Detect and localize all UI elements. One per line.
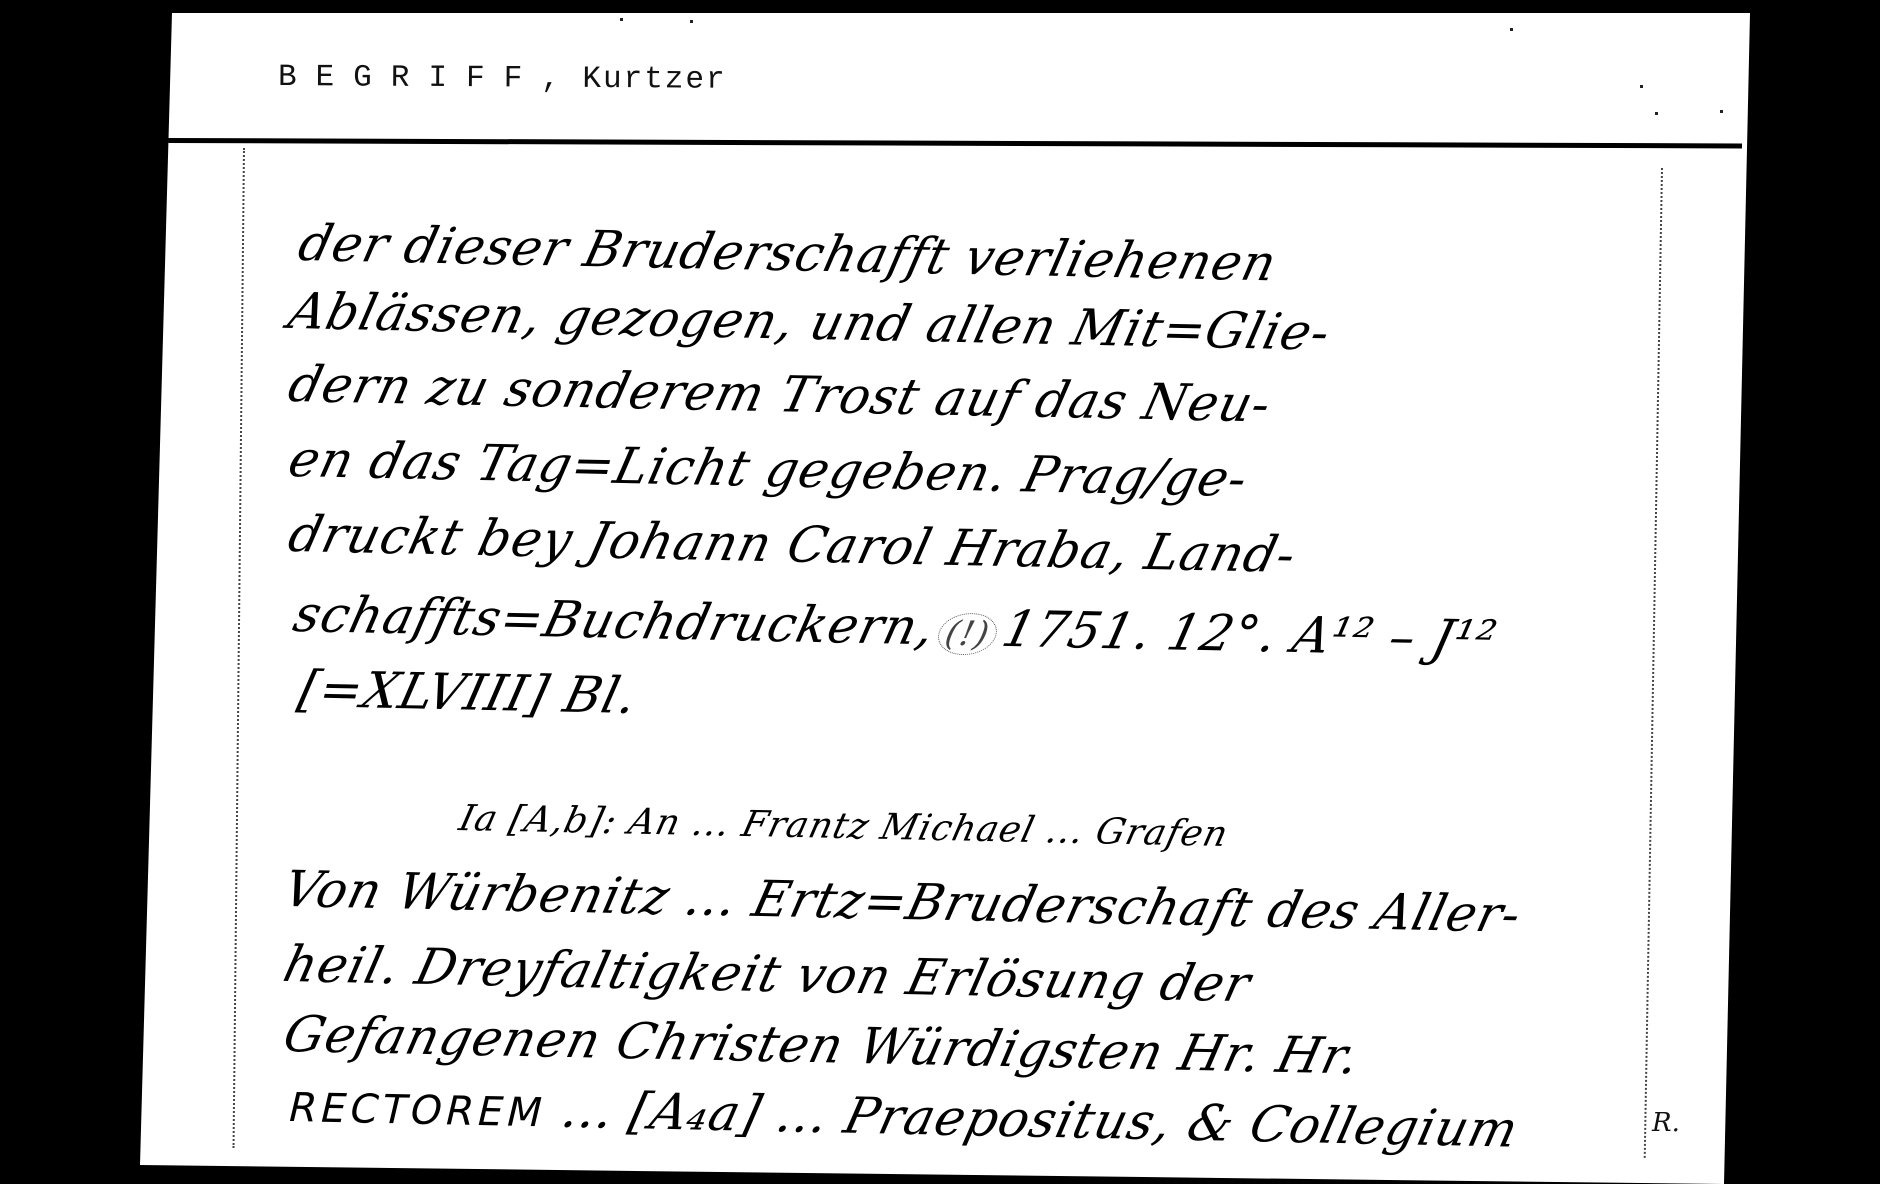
editor-exclamation-mark: (!) bbox=[934, 613, 1001, 656]
heading-keyword: BEGRIFF bbox=[278, 60, 541, 97]
handwriting-line: Gefangenen Christen Würdigsten Hr. Hr. bbox=[278, 1005, 1365, 1085]
handwriting-line: der dieser Bruderschafft verliehenen bbox=[293, 214, 1282, 292]
handwriting-caps: RECTOREM bbox=[284, 1085, 551, 1136]
handwriting-line: [=XLVIII] Bl. bbox=[293, 660, 643, 725]
handwriting-line: Ia [A,b]: An ... Frantz Michael ... Graf… bbox=[455, 798, 1232, 855]
handwriting-text: 1751. 12°. A¹² – J¹² bbox=[997, 600, 1503, 668]
handwriting-line: heil. Dreyfaltigkeit von Erlösung der bbox=[278, 935, 1256, 1013]
handwriting-line: Ablässen, gezogen, und allen Mit=Glie- bbox=[283, 282, 1336, 362]
handwriting-line: schaffts=Buchdruckern,(!)1751. 12°. A¹² … bbox=[288, 585, 1503, 668]
handwriting-line: druckt bey Johann Carol Hraba, Land- bbox=[283, 505, 1302, 584]
handwriting-line: en das Tag=Licht gegeben. Prag/ge- bbox=[283, 430, 1253, 508]
handwriting-text: schaffts=Buchdruckern, bbox=[288, 585, 941, 656]
right-margin-line bbox=[1644, 168, 1663, 1158]
index-card: BEGRIFF, Kurtzer der dieser Bruderschaff… bbox=[0, 0, 1880, 1184]
handwriting-line: RECTOREM ... [A₄a] ... Praepositus, & Co… bbox=[283, 1075, 1524, 1158]
left-margin-line bbox=[233, 148, 245, 1148]
handwriting-line: dern zu sonderem Trost auf das Neu- bbox=[283, 355, 1277, 433]
handwriting-text: ... [A₄a] ... Praepositus, & Collegium bbox=[557, 1081, 1525, 1159]
corner-initial: R. bbox=[1652, 1108, 1680, 1138]
heading-subword: , Kurtzer bbox=[541, 62, 727, 98]
handwriting-line: Von Würbenitz ... Ertz=Bruderschaft des … bbox=[278, 860, 1527, 944]
header-rule bbox=[168, 138, 1742, 148]
card-heading: BEGRIFF, Kurtzer bbox=[278, 60, 727, 98]
